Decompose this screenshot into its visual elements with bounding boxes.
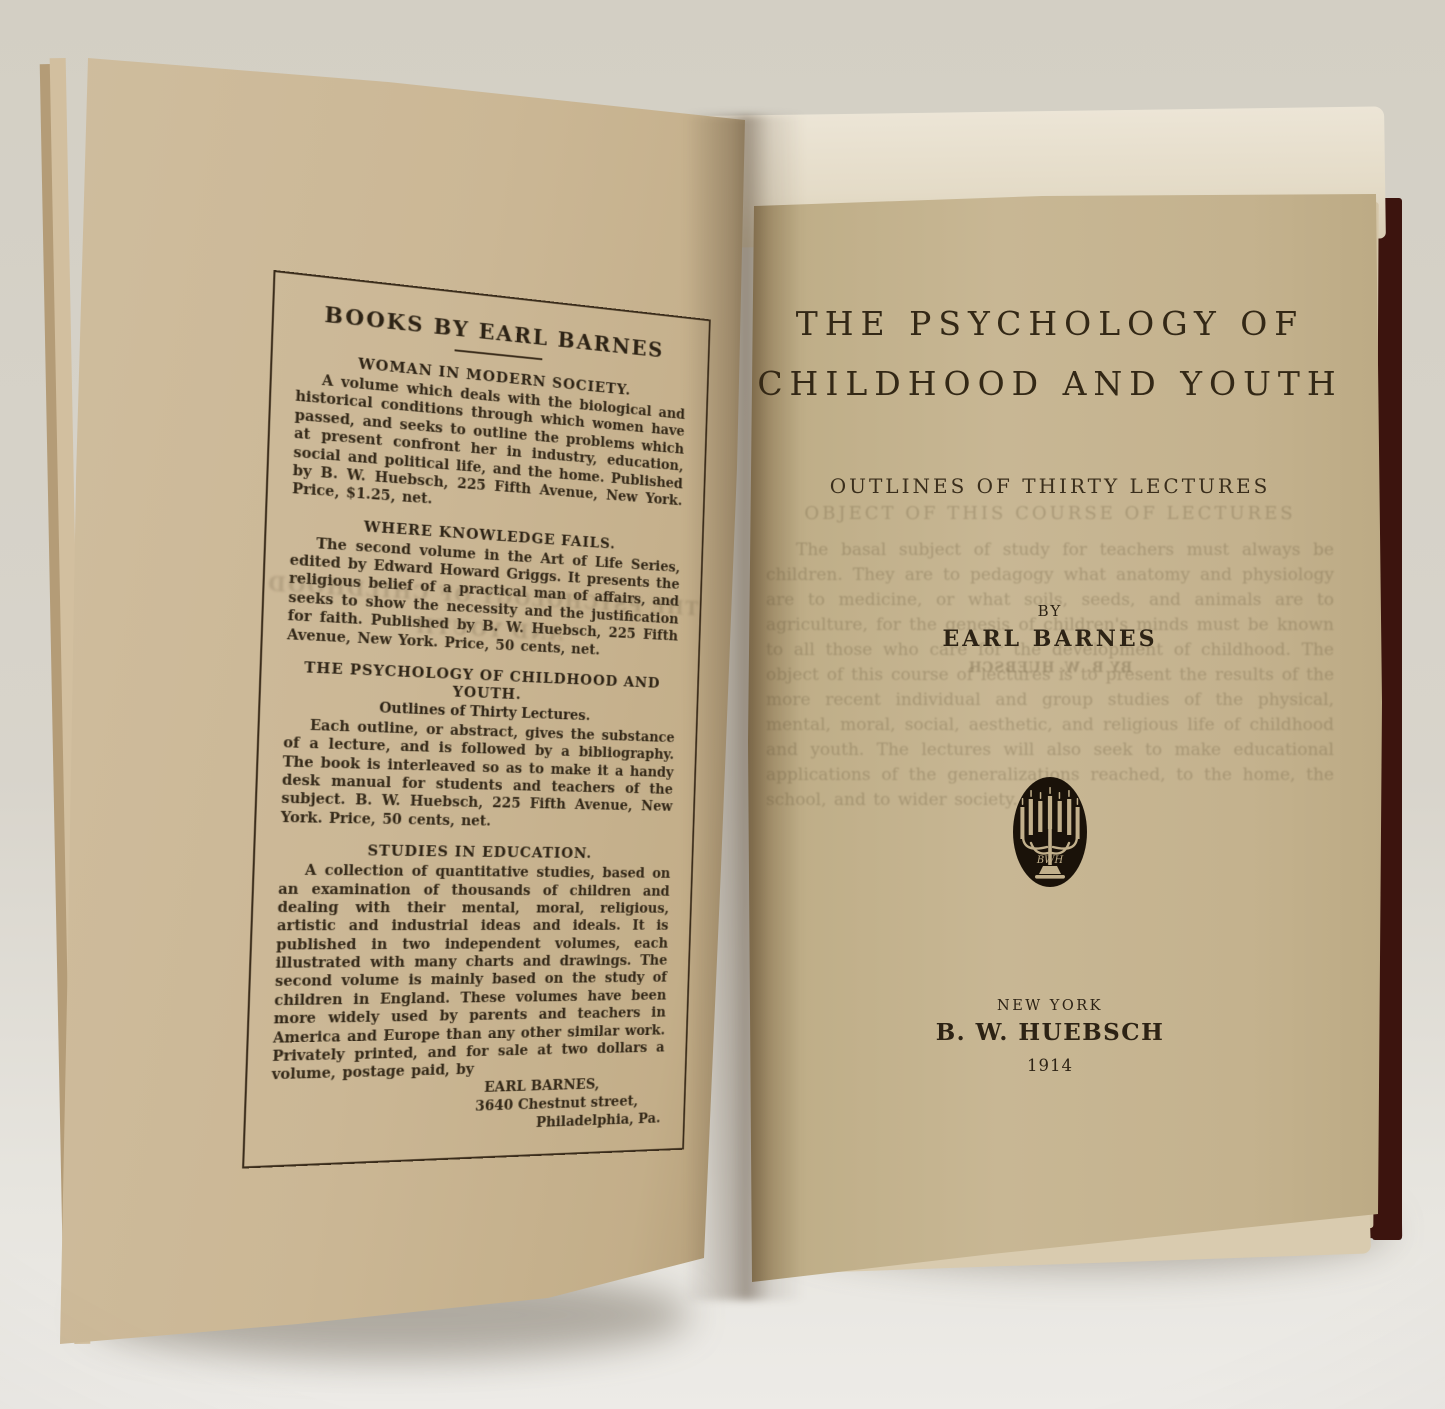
publisher-candelabra-device-icon: BWH (1010, 774, 1090, 890)
title-page: THE PSYCHOLOGY OF CHILDHOOD AND YOUTH OU… (742, 182, 1388, 1294)
imprint-city: NEW YORK (742, 998, 1358, 1014)
imprint-year: 1914 (742, 1056, 1358, 1075)
section-body: Each outline, or abstract, gives the sub… (280, 716, 674, 834)
photo-of-open-book: { "photo": { "background_color": "#d7d3c… (0, 0, 1445, 1409)
title-page-content: THE PSYCHOLOGY OF CHILDHOOD AND YOUTH OU… (742, 182, 1358, 1294)
section-body: A collection of quantitative studies, ba… (271, 862, 670, 1085)
book-subtitle: OUTLINES OF THIRTY LECTURES (742, 474, 1358, 498)
left-page: BOOKS BY EARL BARNES WOMAN IN MODERN SOC… (48, 48, 760, 1363)
book-title-line-1: THE PSYCHOLOGY OF (742, 304, 1358, 343)
showthrough-ghost-heading: OBJECT OF THIS COURSE OF LECTURES (742, 503, 1358, 524)
ad-border-box: BOOKS BY EARL BARNES WOMAN IN MODERN SOC… (242, 270, 711, 1168)
device-monogram: BWH (1036, 855, 1064, 866)
title-rule (455, 349, 543, 360)
section-heading-studies-in-education: STUDIES IN EDUCATION. (279, 840, 671, 863)
showthrough-mirrored-imprint: BY B. W. HUEBSCH (742, 660, 1358, 676)
byline-label: BY (742, 602, 1358, 620)
imprint-publisher: B. W. HUEBSCH (742, 1019, 1358, 1046)
author-name: EARL BARNES (742, 626, 1358, 652)
book-title-line-2: CHILDHOOD AND YOUTH (742, 364, 1358, 403)
ad-box-wrapper: BOOKS BY EARL BARNES WOMAN IN MODERN SOC… (242, 270, 711, 1168)
